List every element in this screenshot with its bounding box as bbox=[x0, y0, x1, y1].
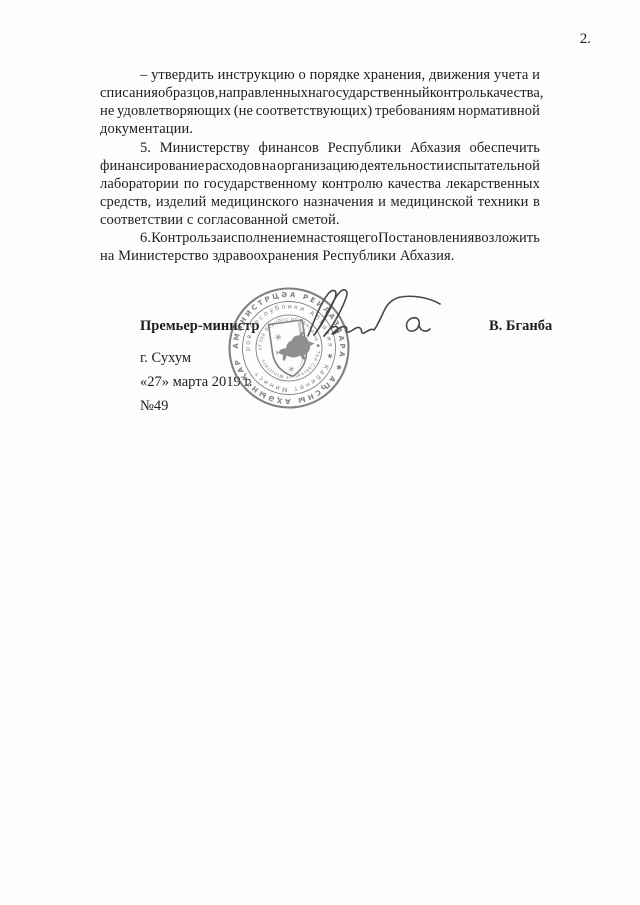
body-line: средств,изделиймедицинскогоназначенияиме… bbox=[100, 193, 540, 211]
body-line: 5.МинистерствуфинансовРеспубликиАбхазияо… bbox=[100, 139, 540, 157]
body-line: –утвердитьинструкциюопорядкехранения,дви… bbox=[100, 66, 540, 84]
page-number: 2. bbox=[580, 31, 591, 48]
signer-name: В. Бганба bbox=[489, 318, 552, 335]
decree-number: №49 bbox=[140, 398, 168, 415]
shield-star-top-icon: ✳ bbox=[274, 333, 283, 344]
handwritten-signature bbox=[300, 282, 450, 344]
body-line: документации. bbox=[100, 120, 540, 138]
body-line: списанияобразцов,направленныхнагосударст… bbox=[100, 84, 540, 102]
body-line: лабораториипогосударственномуконтролюкач… bbox=[100, 175, 540, 193]
body-line: финансированиерасходовнаорганизациюдеяте… bbox=[100, 157, 540, 175]
body-line: соответствии с согласованной сметой. bbox=[100, 211, 540, 229]
document-body: –утвердитьинструкциюопорядкехранения,дви… bbox=[100, 66, 540, 266]
signature-strokes bbox=[308, 290, 440, 336]
body-line: 6.КонтрользаисполнениемнастоящегоПостано… bbox=[100, 229, 540, 247]
city-line: г. Сухум bbox=[140, 350, 191, 367]
document-page: 2. –утвердитьинструкциюопорядкехранения,… bbox=[0, 0, 640, 905]
shield-star-bottom-icon: ✳ bbox=[287, 364, 295, 374]
body-line: неудовлетворяющих(несоответствующих)треб… bbox=[100, 102, 540, 120]
body-line: на Министерство здравоохранения Республи… bbox=[100, 247, 540, 265]
